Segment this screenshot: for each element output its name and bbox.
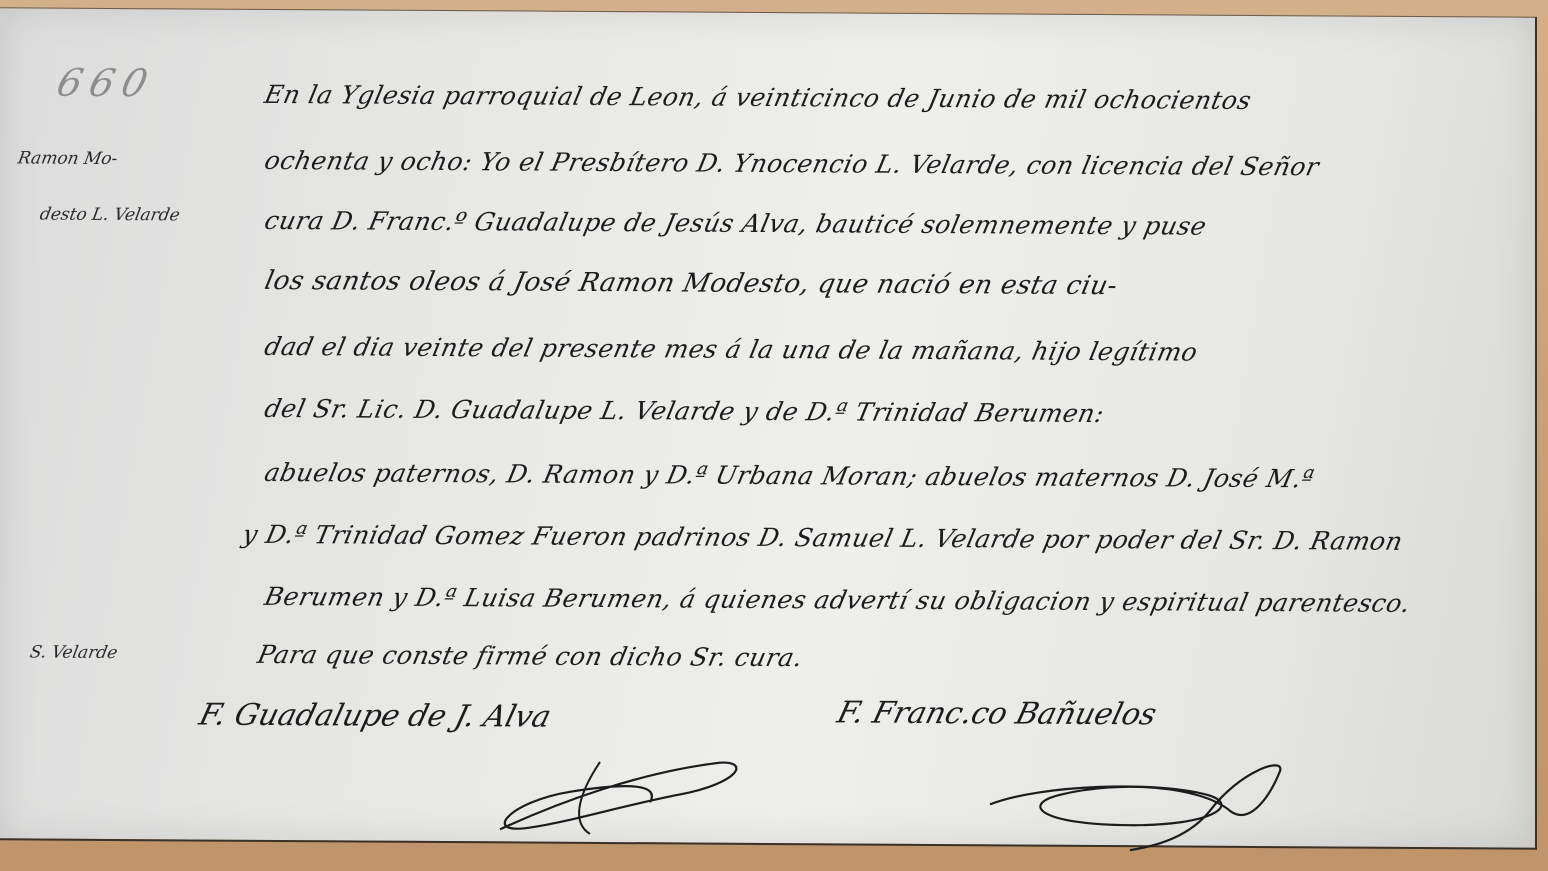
register-page: 660 Ramon Mo- desto L. Velarde S. Velard…	[0, 7, 1537, 849]
signature-flourish-right	[980, 754, 1300, 856]
record-line-1: En la Yglesia parroquial de Leon, á vein…	[262, 80, 1254, 115]
margin-note-name: Ramon Mo-	[16, 148, 119, 169]
record-line-8: y D.ª Trinidad Gomez Fueron padrinos D. …	[240, 520, 1406, 556]
record-line-3: cura D. Franc.º Guadalupe de Jesús Alva,…	[262, 206, 1209, 241]
record-line-6: del Sr. Lic. D. Guadalupe L. Velarde y d…	[262, 394, 1107, 428]
record-number: 660	[53, 61, 161, 106]
margin-note-name-cont: desto L. Velarde	[38, 205, 181, 226]
record-line-5: dad el dia veinte del presente mes á la …	[262, 332, 1200, 367]
record-line-9: Berumen y D.ª Luisa Berumen, á quienes a…	[262, 582, 1413, 618]
record-line-7: abuelos paternos, D. Ramon y D.ª Urbana …	[262, 458, 1317, 493]
record-line-4-baptized-name: los santos oleos á José Ramon Modesto, q…	[262, 266, 1120, 301]
signature-flourish-left	[420, 731, 740, 853]
margin-note-velarde: S. Velarde	[28, 642, 119, 663]
signature-minister: F. Franc.co Bañuelos	[834, 695, 1160, 732]
record-line-2: ochenta y ocho: Yo el Presbítero D. Ynoc…	[262, 146, 1322, 181]
record-line-10: Para que conste firmé con dicho Sr. cura…	[255, 640, 806, 672]
signature-parish-priest: F. Guadalupe de J. Alva	[196, 698, 555, 735]
